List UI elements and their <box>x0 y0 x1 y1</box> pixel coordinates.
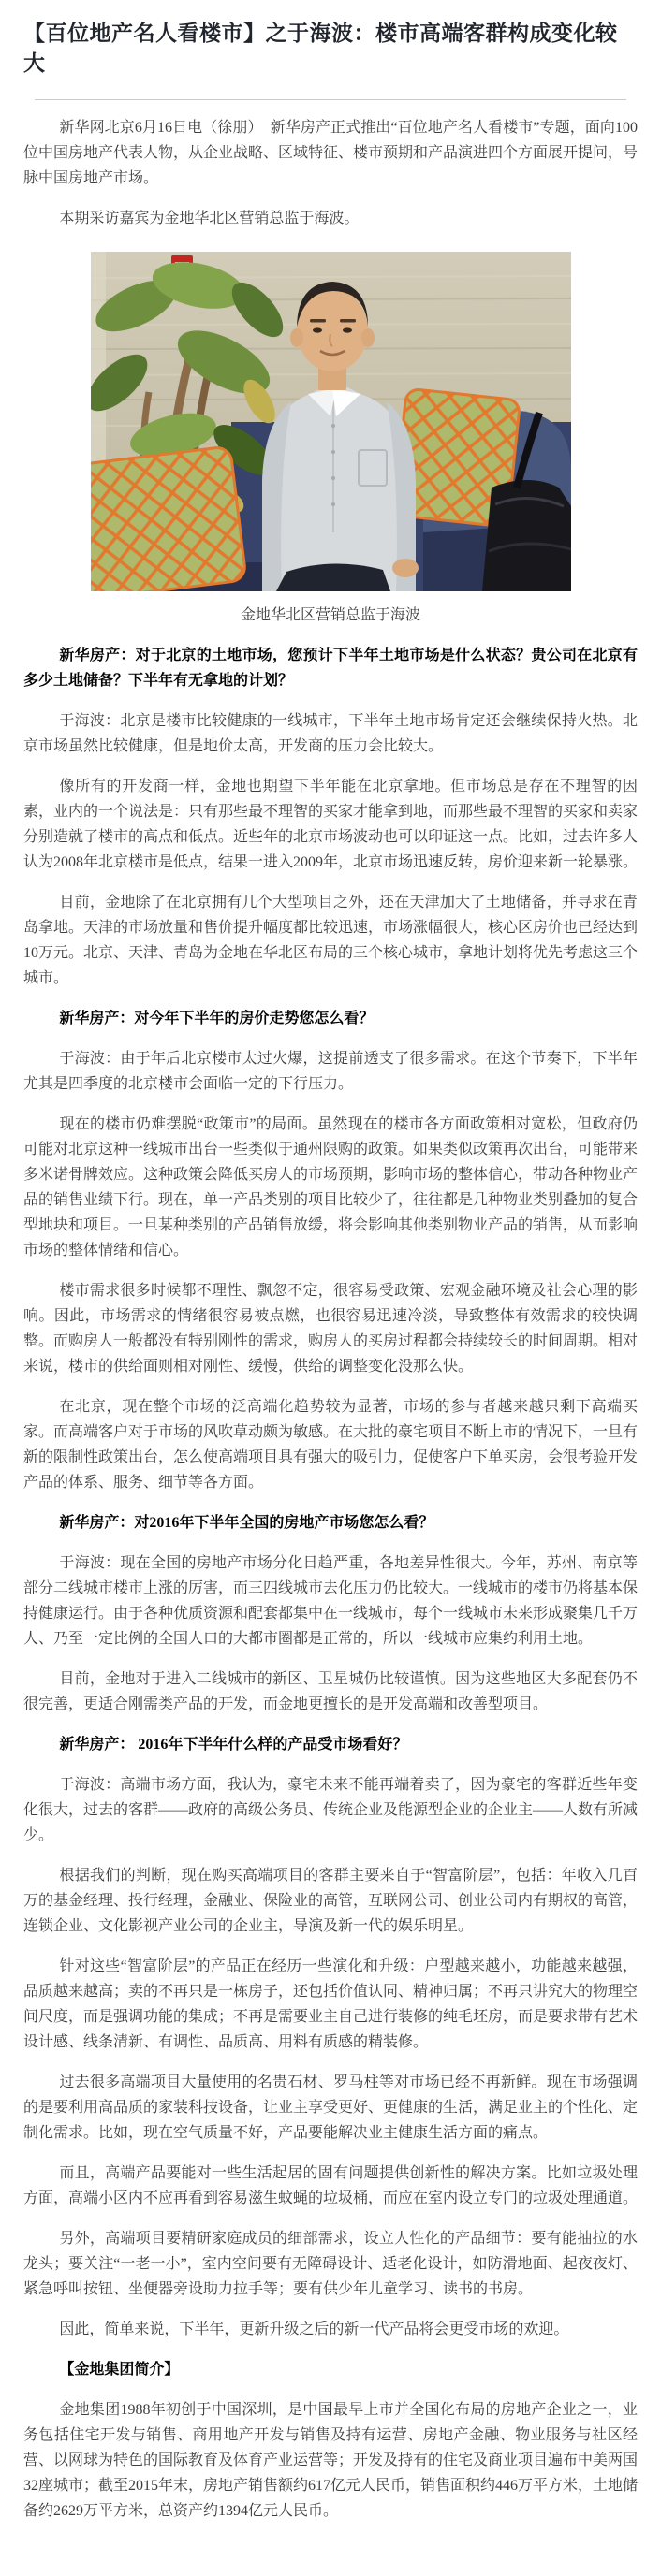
answer-paragraph: 在北京，现在整个市场的泛高端化趋势较为显著，市场的参与者越来越只剩下高端买家。而… <box>23 1394 638 1495</box>
left-cushion <box>91 446 246 591</box>
answer-paragraph: 现在的楼市仍难摆脱“政策市”的局面。虽然现在的楼市各方面政策相对宽松，但政府仍可… <box>23 1112 638 1263</box>
answer-paragraph: 目前，金地除了在北京拥有几个大型项目之外，还在天津加大了土地储备，并寻求在青岛拿… <box>23 890 638 991</box>
answer-paragraph: 根据我们的判断，现在购买高端项目的客群主要来自于“智富阶层”，包括：年收入几百万… <box>23 1863 638 1939</box>
interview-photo-figure: 金地华北区营销总监于海波 <box>23 252 638 628</box>
question-paragraph: 新华房产：对于北京的土地市场，您预计下半年土地市场是什么状态？贵公司在北京有多少… <box>23 643 638 693</box>
article-page: 【百位地产名人看楼市】之于海波：楼市高端客群构成变化较大 新华网北京6月16日电… <box>0 0 661 2576</box>
intro-paragraph-2: 本期采访嘉宾为金地华北区营销总监于海波。 <box>23 206 638 231</box>
answer-paragraph: 于海波：现在全国的房地产市场分化日趋严重，各地差异性很大。今年，苏州、南京等部分… <box>23 1550 638 1652</box>
answer-paragraph: 于海波：北京是楼市比较健康的一线城市，下半年土地市场肯定还会继续保持火热。北京市… <box>23 708 638 759</box>
answer-paragraph: 像所有的开发商一样，金地也期望下半年能在北京拿地。但市场总是存在不理智的因素，业… <box>23 774 638 875</box>
intro-paragraph-1: 新华网北京6月16日电（徐朋） 新华房产正式推出“百位地产名人看楼市”专题，面向… <box>23 115 638 191</box>
question-paragraph: 新华房产：对2016年下半年全国的房地产市场您怎么看？ <box>23 1510 638 1535</box>
answer-paragraph: 楼市需求很多时候都不理性、飘忽不定，很容易受政策、宏观金融环境及社会心理的影响。… <box>23 1278 638 1379</box>
article-title: 【百位地产名人看楼市】之于海波：楼市高端客群构成变化较大 <box>23 4 638 79</box>
answer-paragraph: 于海波：高端市场方面，我认为，豪宅未来不能再端着卖了，因为豪宅的客群近些年变化很… <box>23 1772 638 1848</box>
company-profile-paragraph: 金地集团1988年初创于中国深圳，是中国最早上市并全国化布局的房地产企业之一，业… <box>23 2397 638 2524</box>
answer-paragraph: 而且，高端产品要能对一些生活起居的固有问题提供创新性的解决方案。比如垃圾处理方面… <box>23 2161 638 2211</box>
question-paragraph: 新华房产：对今年下半年的房价走势您怎么看？ <box>23 1006 638 1031</box>
answer-paragraph: 另外，高端项目要精研家庭成员的细部需求，设立人性化的产品细节：要有能抽拉的水龙头… <box>23 2226 638 2302</box>
answer-paragraph: 针对这些“智富阶层”的产品正在经历一些演化和升级：户型越来越小，功能越来越强，品… <box>23 1954 638 2055</box>
answer-paragraph: 于海波：由于年后北京楼市太过火爆，这提前透支了很多需求。在这个节奏下，下半年尤其… <box>23 1046 638 1097</box>
section-heading: 【金地集团简介】 <box>23 2357 638 2382</box>
answer-paragraph: 过去很多高端项目大量使用的名贵石材、罗马柱等对市场已经不再新鲜。现在市场强调的是… <box>23 2070 638 2146</box>
answer-paragraph: 因此，简单来说，下半年，更新升级之后的新一代产品将会更受市场的欢迎。 <box>23 2317 638 2342</box>
question-paragraph: 新华房产： 2016年下半年什么样的产品受市场看好？ <box>23 1732 638 1757</box>
title-separator <box>35 99 626 100</box>
photo-caption: 金地华北区营销总监于海波 <box>23 603 638 628</box>
answer-paragraph: 目前，金地对于进入二线城市的新区、卫星城仍比较谨慎。因为这些地区大多配套仍不很完… <box>23 1666 638 1717</box>
interview-photo <box>91 252 571 591</box>
